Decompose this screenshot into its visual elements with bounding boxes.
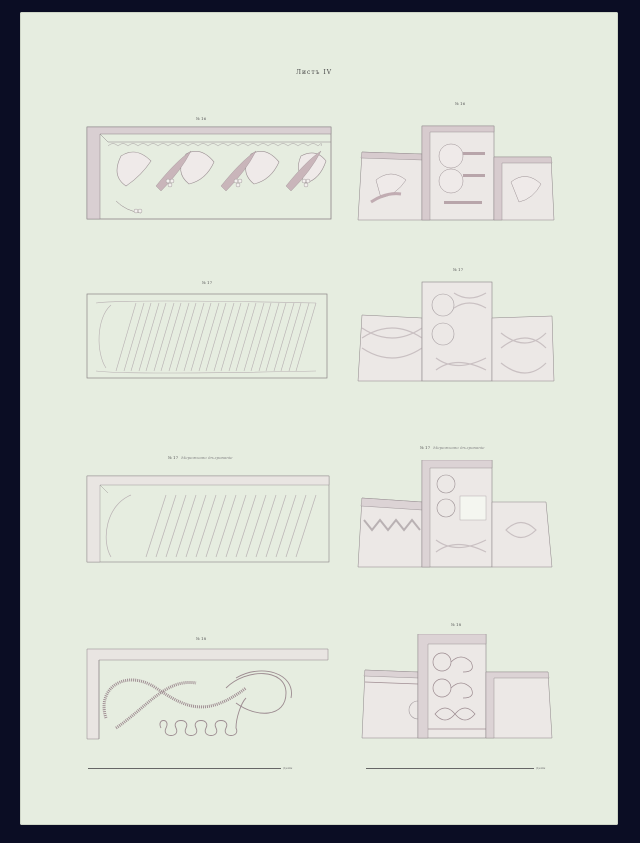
plate-title: Листъ IV [296, 69, 332, 76]
figure-label-17b-corner: № 17Мережково дѣлрованіе [420, 445, 484, 450]
figure-label-17b: № 17Мережково дѣлрованіе [168, 455, 232, 460]
figure-oak-leaf-border [86, 126, 332, 220]
scale-label-left: Дюйм [283, 766, 292, 770]
figure-label-16-corner: № 16 [455, 101, 465, 106]
scale-bar-left [88, 768, 281, 769]
figure-label-18-corner: № 18 [451, 622, 461, 627]
scale-label-right: Дюйм [536, 766, 545, 770]
figure-oak-leaf-corner [356, 112, 556, 222]
figure-label-18: № 18 [196, 636, 206, 641]
figure-medallion-corner [360, 634, 556, 742]
figure-label-17: № 17 [202, 280, 212, 285]
figure-serpent-border [86, 648, 332, 740]
scale-bar-right [366, 768, 534, 769]
figure-interlace-border [86, 293, 328, 379]
figure-framed-interlace-border [86, 475, 330, 563]
figure-label-17-corner: № 17 [453, 267, 463, 272]
figure-interlace-corner [356, 278, 556, 383]
figure-framed-knot-corner [356, 460, 556, 570]
figure-label-16: № 16 [196, 116, 206, 121]
